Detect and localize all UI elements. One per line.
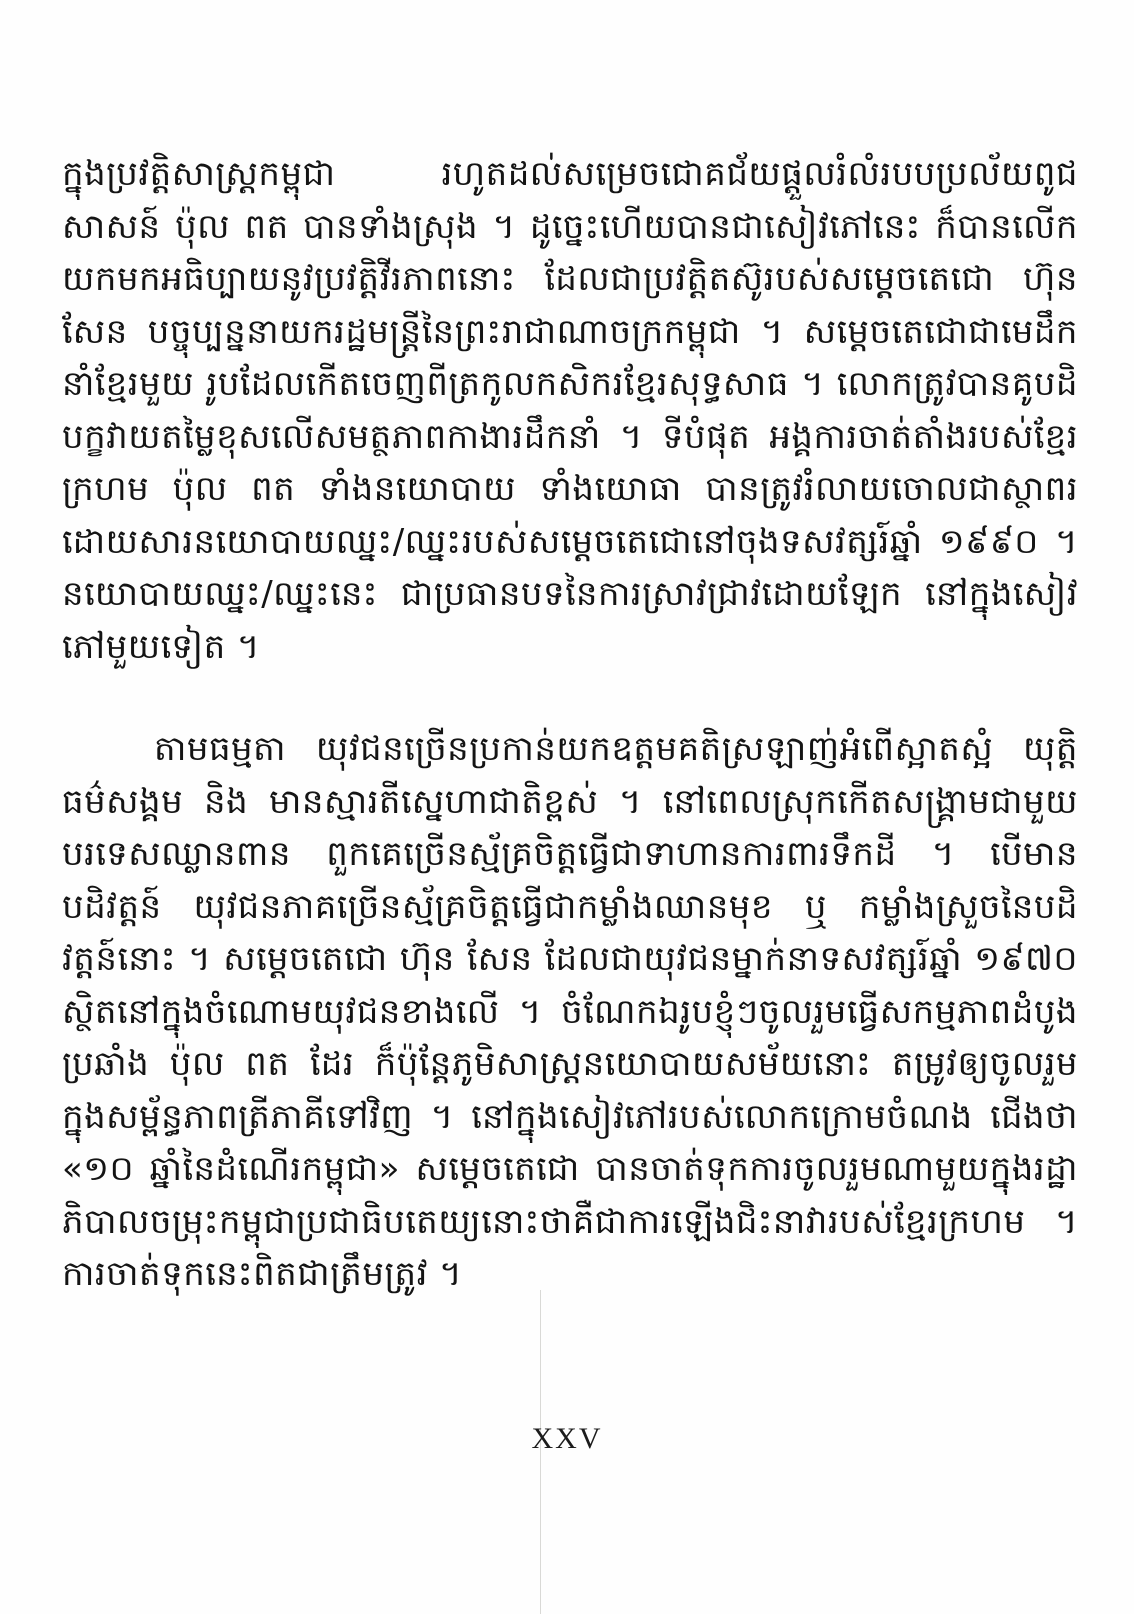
text-line: នាំខ្មែរមួយ រូបដែលកើតចេញពីត្រកូលកសិករខ្ម… [62, 358, 1078, 411]
text-line: ដោយសារនយោបាយឈ្នះ/ឈ្នះរបស់សម្តេចតេជោនៅចុង… [62, 516, 1078, 569]
text-line: «១០ ឆ្នាំនៃដំណើរកម្ពុជា» សម្តេចតេជោ បានច… [62, 1143, 1078, 1196]
text-line: សែន បច្ចុប្បន្ននាយករដ្ឋមន្ត្រីនៃព្រះរាជា… [62, 306, 1078, 359]
text-line: ភិបាលចម្រុះកម្ពុជាប្រជាធិបតេយ្យនោះថាគឺជា… [62, 1196, 1078, 1249]
text-line: តាមធម្មតា យុវជនច្រើនប្រកាន់យកឧត្តមគតិស្រ… [62, 723, 1078, 776]
text-line: ការចាត់ទុកនេះពិតជាត្រឹមត្រូវ ។ [62, 1248, 1078, 1301]
text-line: បរទេសឈ្លានពាន ពួកគេច្រើនស្ម័គ្រចិត្តធ្វើ… [62, 828, 1078, 881]
document-page: ក្នុងប្រវត្តិសាស្ត្រកម្ពុជា រហូតដល់សម្រេ… [0, 0, 1134, 1614]
page-number: XXV [0, 1422, 1134, 1456]
paragraph-2: តាមធម្មតា យុវជនច្រើនប្រកាន់យកឧត្តមគតិស្រ… [62, 723, 1078, 1301]
text-line: ស្ថិតនៅក្នុងចំណោមយុវជនខាងលើ ។ ចំណែកឯរូបខ… [62, 986, 1078, 1039]
body-text: ក្នុងប្រវត្តិសាស្ត្រកម្ពុជា រហូតដល់សម្រេ… [62, 148, 1078, 1301]
paragraph-1: ក្នុងប្រវត្តិសាស្ត្រកម្ពុជា រហូតដល់សម្រេ… [62, 148, 1078, 673]
text-line: ក្រហម ប៉ុល ពត ទាំងនយោបាយ ទាំងយោធា បានត្រ… [62, 463, 1078, 516]
text-line: យកមកអធិប្បាយនូវប្រវត្តិវីរភាពនោះ ដែលជាប្… [62, 253, 1078, 306]
text-line: ភៅមួយទៀត ។ [62, 621, 1078, 674]
text-line: ប្រឆាំង ប៉ុល ពត ដែរ ក៏ប៉ុន្តែភូមិសាស្ត្រ… [62, 1038, 1078, 1091]
text-line: បដិវត្តន៍ យុវជនភាគច្រើនស្ម័គ្រចិត្តធ្វើជ… [62, 881, 1078, 934]
text-line: ធម៌សង្គម និង មានស្មារតីស្នេហាជាតិខ្ពស់ ។… [62, 776, 1078, 829]
text-line: ក្នុងសម្ព័ន្ធភាពត្រីភាគីទៅវិញ ។ នៅក្នុងស… [62, 1091, 1078, 1144]
text-line: ក្នុងប្រវត្តិសាស្ត្រកម្ពុជា រហូតដល់សម្រេ… [62, 148, 1078, 201]
text-line: វត្តន៍នោះ ។ សម្តេចតេជោ ហ៊ុន សែន ដែលជាយុវ… [62, 933, 1078, 986]
text-line: នយោបាយឈ្នះ/ឈ្នះនេះ ជាប្រធានបទនៃការស្រាវជ… [62, 568, 1078, 621]
text-line: បក្ខវាយតម្លៃខុសលើសមត្ថភាពកាងារដឹកនាំ ។ ទ… [62, 411, 1078, 464]
text-line: សាសន៍ ប៉ុល ពត បានទាំងស្រុង ។ ដូច្នេះហើយប… [62, 201, 1078, 254]
